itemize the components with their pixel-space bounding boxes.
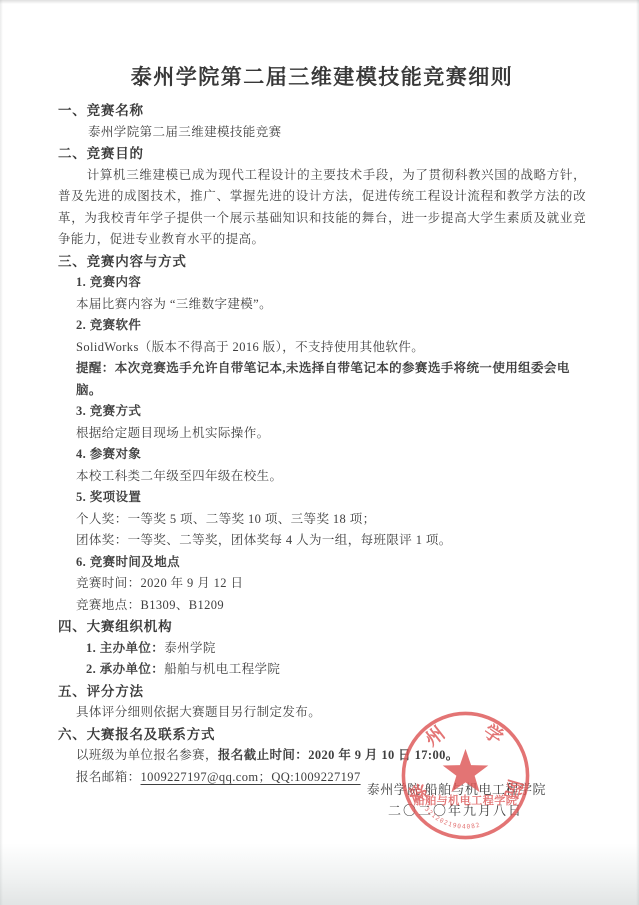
sub-heading: 5. 奖项设置 [58, 487, 586, 509]
doc-line: 以班级为单位报名参赛，报名截止时间：2020 年 9 月 10 日 17:00。 [58, 745, 586, 767]
document-lines: 一、竞赛名称泰州学院第二届三维建模技能竞赛二、竞赛目的计算机三维建模已成为现代工… [58, 100, 586, 788]
doc-text-part: 泰州学院 [164, 641, 216, 655]
section-heading: 一、竞赛名称 [58, 100, 586, 122]
doc-line: 计算机三维建模已成为现代工程设计的主要技术手段，为了贯彻科教兴国的战略方针，普及… [58, 165, 586, 251]
doc-line: 本校工科类二年级至四年级在校生。 [58, 466, 586, 488]
sub-heading: 2. 竞赛软件 [58, 315, 586, 337]
signature-block: 泰州学院 船舶与机电工程学院 二〇二〇年九月八日 [0, 779, 546, 821]
document-title: 泰州学院第二届三维建模技能竞赛细则 [58, 62, 586, 92]
doc-text-part: 2. 承办单位： [86, 662, 164, 676]
section-heading: 三、竞赛内容与方式 [58, 251, 586, 273]
doc-text-part: 报名截止时间：2020 年 9 月 10 日 17:00。 [218, 748, 459, 762]
scan-shadow-bottom [0, 843, 639, 905]
sub-heading: 1. 竞赛内容 [58, 272, 586, 294]
doc-line: 竞赛时间：2020 年 9 月 12 日 [58, 573, 586, 595]
doc-line: 个人奖：一等奖 5 项、二等奖 10 项、三等奖 18 项； [58, 509, 586, 531]
doc-line: 竞赛地点：B1309、B1209 [58, 595, 586, 617]
section-heading: 六、大赛报名及联系方式 [58, 724, 586, 746]
doc-line: 本届比赛内容为 “三维数字建模”。 [58, 294, 586, 316]
doc-line: 1. 主办单位：泰州学院 [58, 638, 586, 660]
section-heading: 五、评分方法 [58, 681, 586, 703]
doc-line: 根据给定题目现场上机实际操作。 [58, 423, 586, 445]
doc-text-part: 船舶与机电工程学院 [164, 662, 280, 676]
section-heading: 四、大赛组织机构 [58, 616, 586, 638]
document-body: 泰州学院第二届三维建模技能竞赛细则 一、竞赛名称泰州学院第二届三维建模技能竞赛二… [0, 0, 639, 788]
doc-text-part: 1. 主办单位： [86, 641, 164, 655]
signature-org-line: 泰州学院 船舶与机电工程学院 [0, 779, 546, 800]
sub-heading: 6. 竞赛时间及地点 [58, 552, 586, 574]
sub-heading: 4. 参赛对象 [58, 444, 586, 466]
doc-line: 2. 承办单位：船舶与机电工程学院 [58, 659, 586, 681]
doc-line: 团体奖：一等奖、二等奖，团体奖每 4 人为一组，每班限评 1 项。 [58, 530, 586, 552]
signature-date-line: 二〇二〇年九月八日 [0, 800, 523, 821]
doc-line: SolidWorks（版本不得高于 2016 版），不支持使用其他软件。 [58, 337, 586, 359]
scanned-document-page: 泰州学院第二届三维建模技能竞赛细则 一、竞赛名称泰州学院第二届三维建模技能竞赛二… [0, 0, 639, 905]
doc-line: 泰州学院第二届三维建模技能竞赛 [58, 122, 586, 144]
doc-line: 提醒：本次竞赛选手允许自带笔记本,未选择自带笔记本的参赛选手将统一使用组委会电脑… [58, 358, 586, 401]
section-heading: 二、竞赛目的 [58, 143, 586, 165]
sub-heading: 3. 竞赛方式 [58, 401, 586, 423]
doc-text-part: 以班级为单位报名参赛， [76, 748, 218, 762]
doc-line: 具体评分细则依据大赛题目另行制定发布。 [58, 702, 586, 724]
